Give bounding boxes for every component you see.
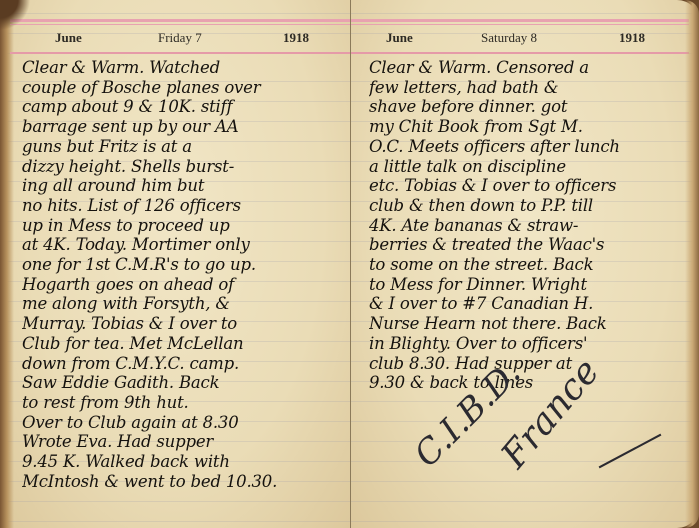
entry-line: ing all around him but bbox=[22, 176, 332, 196]
header-year: 1918 bbox=[283, 30, 309, 46]
header-day: Saturday 8 bbox=[481, 30, 537, 46]
pink-rule bbox=[351, 24, 689, 25]
entry-line: berries & treated the Waac's bbox=[369, 235, 677, 255]
entry-line: Clear & Warm. Censored a bbox=[369, 58, 677, 78]
entry-line: shave before dinner. got bbox=[369, 97, 677, 117]
pink-rule bbox=[351, 52, 689, 54]
entry-line: club 8.30. Had supper at bbox=[369, 354, 677, 374]
entry-line: 9.45 K. Walked back with bbox=[22, 452, 332, 472]
entry-line: Wrote Eva. Had supper bbox=[22, 432, 332, 452]
entry-line: etc. Tobias & I over to officers bbox=[369, 176, 677, 196]
entry-line: up in Mess to proceed up bbox=[22, 216, 332, 236]
entry-line: McIntosh & went to bed 10.30. bbox=[22, 472, 332, 492]
pink-rule bbox=[10, 19, 350, 22]
signature-block: C.I.B.D. France bbox=[435, 395, 675, 515]
diary-spread: June Friday 7 1918 Clear & Warm. Watched… bbox=[0, 0, 699, 528]
entry-line: 4K. Ate bananas & straw- bbox=[369, 216, 677, 236]
entry-line: barrage sent up by our AA bbox=[22, 117, 332, 137]
entry-line: no hits. List of 126 officers bbox=[22, 196, 332, 216]
entry-line: & I over to #7 Canadian H. bbox=[369, 294, 677, 314]
entry-line: to Mess for Dinner. Wright bbox=[369, 275, 677, 295]
entry-line: Murray. Tobias & I over to bbox=[22, 314, 332, 334]
pink-rule bbox=[10, 52, 350, 54]
entry-line: Club for tea. Met McLellan bbox=[22, 334, 332, 354]
page-header: June Friday 7 1918 bbox=[0, 30, 350, 48]
signature-underline bbox=[599, 434, 662, 469]
entry-line: me along with Forsyth, & bbox=[22, 294, 332, 314]
entry-line: one for 1st C.M.R's to go up. bbox=[22, 255, 332, 275]
header-day: Friday 7 bbox=[158, 30, 202, 46]
entry-line: Saw Eddie Gadith. Back bbox=[22, 373, 332, 393]
entry-line: O.C. Meets officers after lunch bbox=[369, 137, 677, 157]
entry-line: down from C.M.Y.C. camp. bbox=[22, 354, 332, 374]
entry-line: few letters, had bath & bbox=[369, 78, 677, 98]
entry-line: in Blighty. Over to officers' bbox=[369, 334, 677, 354]
header-month: June bbox=[55, 30, 82, 46]
entry-line: Nurse Hearn not there. Back bbox=[369, 314, 677, 334]
entry-line: at 4K. Today. Mortimer only bbox=[22, 235, 332, 255]
diary-entry-text: Clear & Warm. Watched couple of Bosche p… bbox=[22, 58, 332, 491]
entry-line: club & then down to P.P. till bbox=[369, 196, 677, 216]
pink-rule bbox=[10, 24, 350, 25]
entry-line: my Chit Book from Sgt M. bbox=[369, 117, 677, 137]
page-header: June Saturday 8 1918 bbox=[351, 30, 699, 48]
entry-line: a little talk on discipline bbox=[369, 157, 677, 177]
pink-rule bbox=[351, 19, 689, 22]
entry-line: Over to Club again at 8.30 bbox=[22, 413, 332, 433]
header-month: June bbox=[386, 30, 413, 46]
left-page: June Friday 7 1918 Clear & Warm. Watched… bbox=[0, 0, 351, 528]
header-year: 1918 bbox=[619, 30, 645, 46]
entry-line: dizzy height. Shells burst- bbox=[22, 157, 332, 177]
entry-line: Hogarth goes on ahead of bbox=[22, 275, 332, 295]
diary-entry-text: Clear & Warm. Censored a few letters, ha… bbox=[369, 58, 677, 393]
entry-line: camp about 9 & 10K. stiff bbox=[22, 97, 332, 117]
entry-line: guns but Fritz is at a bbox=[22, 137, 332, 157]
entry-line: Clear & Warm. Watched bbox=[22, 58, 332, 78]
entry-line: to some on the street. Back bbox=[369, 255, 677, 275]
entry-line: to rest from 9th hut. bbox=[22, 393, 332, 413]
entry-line: couple of Bosche planes over bbox=[22, 78, 332, 98]
